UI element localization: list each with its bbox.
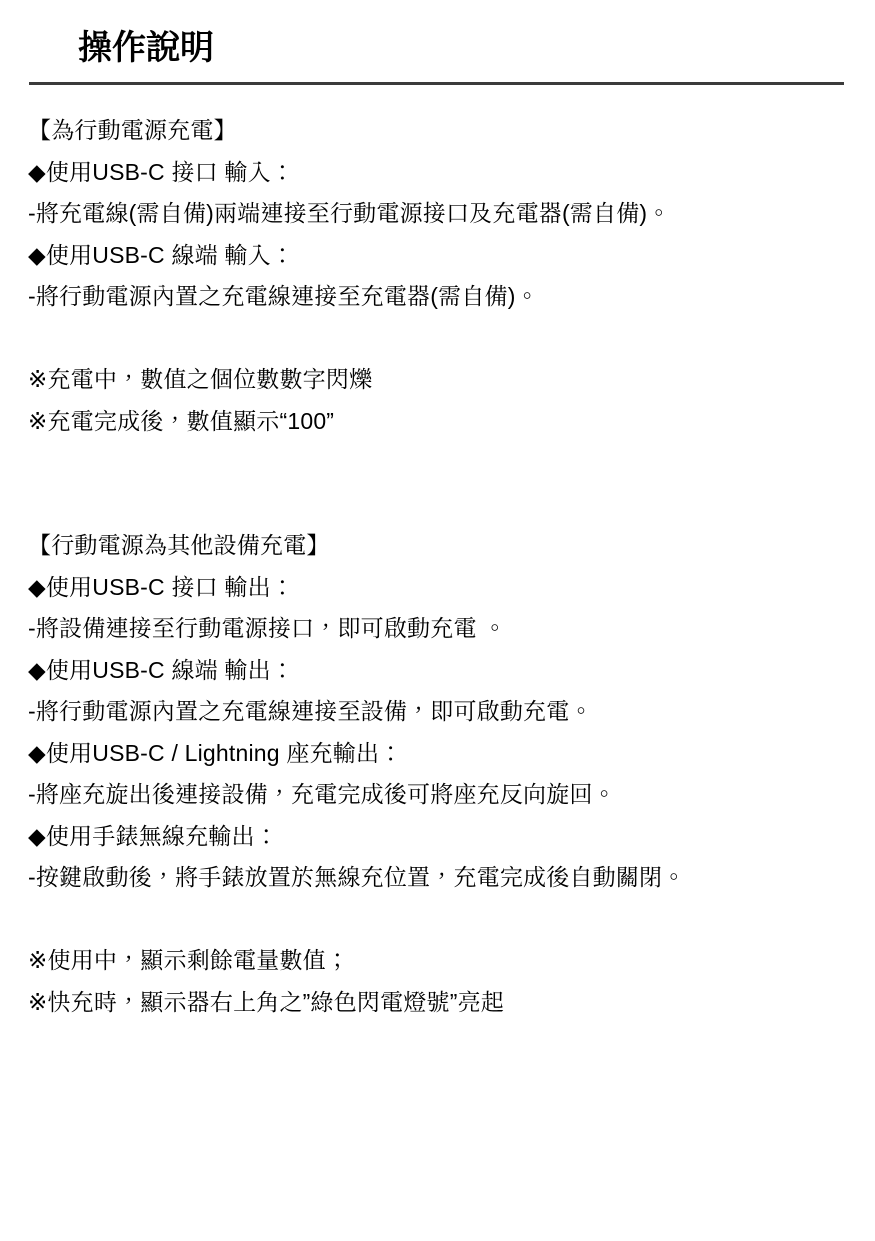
instructions-content: 【為行動電源充電】 ◆使用USB-C 接口 輸入： -將充電線(需自備)兩端連接… (28, 110, 845, 1023)
page-header: 操作說明 (0, 0, 875, 85)
section-charge-powerbank: 【為行動電源充電】 ◆使用USB-C 接口 輸入： -將充電線(需自備)兩端連接… (28, 110, 845, 442)
note-fast-charge-indicator: ※快充時，顯示器右上角之”綠色閃電燈號”亮起 (28, 982, 845, 1024)
step-usbc-cable-input: -將行動電源內置之充電線連接至充電器(需自備)。 (28, 276, 845, 318)
step-usbc-port-input: -將充電線(需自備)兩端連接至行動電源接口及充電器(需自備)。 (28, 193, 845, 235)
notes-output: ※使用中，顯示剩餘電量數值； ※快充時，顯示器右上角之”綠色閃電燈號”亮起 (28, 940, 845, 1023)
section-heading-charge-powerbank: 【為行動電源充電】 (28, 110, 845, 152)
note-charging-complete-100: ※充電完成後，數值顯示“100” (28, 401, 845, 443)
bullet-usbc-cable-output: ◆使用USB-C 線端 輸出： (28, 650, 845, 692)
step-usbc-cable-output: -將行動電源內置之充電線連接至設備，即可啟動充電。 (28, 691, 845, 733)
page-title: 操作說明 (78, 26, 875, 70)
bullet-usbc-cable-input: ◆使用USB-C 線端 輸入： (28, 235, 845, 277)
bullet-watch-wireless-output: ◆使用手錶無線充輸出： (28, 816, 845, 858)
note-remaining-battery: ※使用中，顯示剩餘電量數值； (28, 940, 845, 982)
step-watch-wireless-output: -按鍵啟動後，將手錶放置於無線充位置，充電完成後自動關閉。 (28, 857, 845, 899)
section-heading-charge-devices: 【行動電源為其他設備充電】 (28, 525, 845, 567)
bullet-dock-output: ◆使用USB-C / Lightning 座充輸出： (28, 733, 845, 775)
step-usbc-port-output: -將設備連接至行動電源接口，即可啟動充電 。 (28, 608, 845, 650)
notes-charging: ※充電中，數值之個位數數字閃爍 ※充電完成後，數值顯示“100” (28, 359, 845, 442)
section-charge-devices: 【行動電源為其他設備充電】 ◆使用USB-C 接口 輸出： -將設備連接至行動電… (28, 525, 845, 1023)
bullet-usbc-port-output: ◆使用USB-C 接口 輸出： (28, 567, 845, 609)
manual-page: 操作說明 【為行動電源充電】 ◆使用USB-C 接口 輸入： -將充電線(需自備… (0, 0, 875, 1241)
bullet-usbc-port-input: ◆使用USB-C 接口 輸入： (28, 152, 845, 194)
note-charging-digit-blink: ※充電中，數值之個位數數字閃爍 (28, 359, 845, 401)
title-divider (29, 82, 844, 85)
step-dock-output: -將座充旋出後連接設備，充電完成後可將座充反向旋回。 (28, 774, 845, 816)
